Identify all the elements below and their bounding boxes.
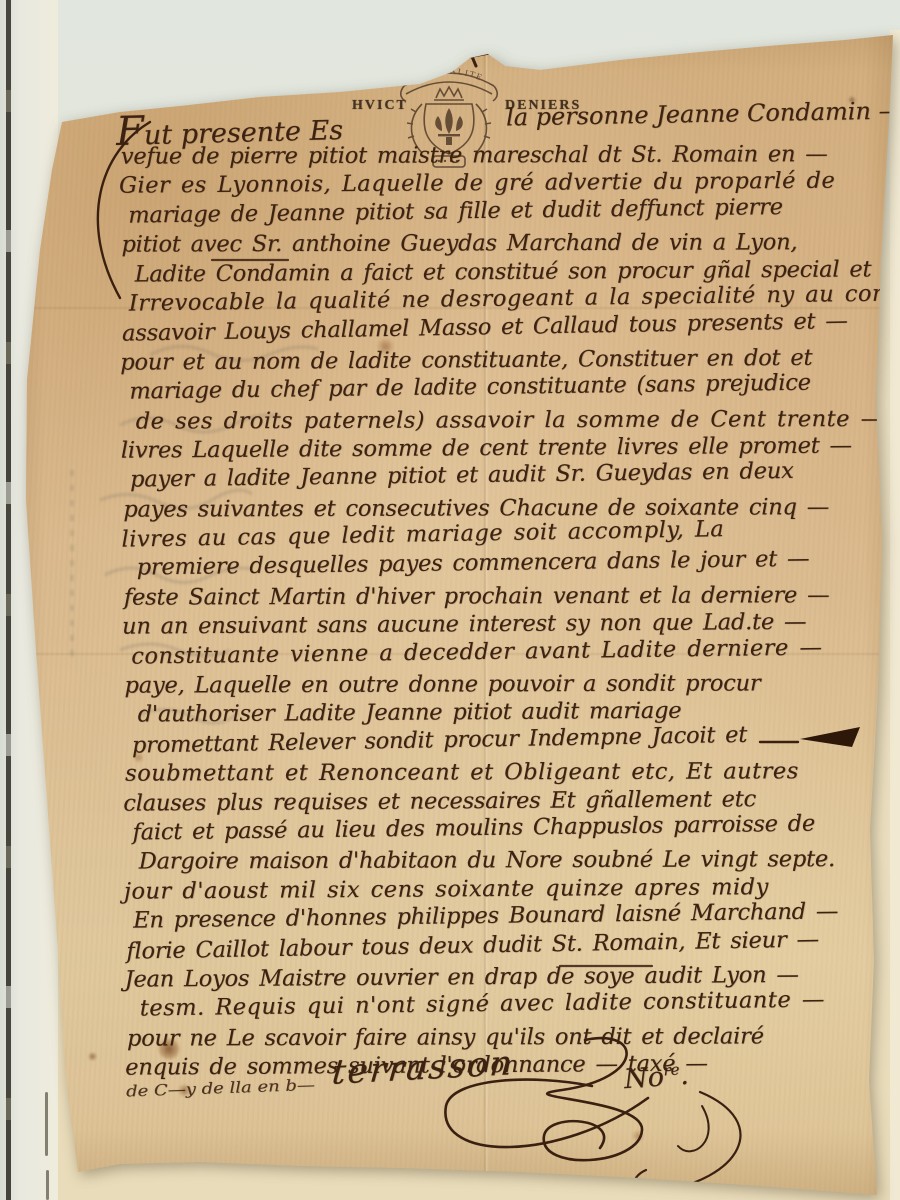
ink-wedge-filler — [800, 727, 860, 747]
cross-mark — [452, 47, 500, 66]
signature-underline-sweep — [445, 1080, 648, 1147]
signature-knot-flourish — [544, 1038, 642, 1160]
signature-tail-stroke — [634, 1092, 740, 1193]
sheet-shadow-wrapper: HVICT DENIERS — [0, 0, 900, 1200]
pen-flourishes — [0, 0, 900, 1200]
manuscript-sheet: HVICT DENIERS — [0, 0, 900, 1200]
strikethrough-marks — [212, 260, 652, 966]
notary-paraph — [678, 1106, 709, 1151]
foxing-stain — [540, 1182, 550, 1192]
archival-photo-of-manuscript: HVICT DENIERS — [0, 0, 900, 1200]
opening-swash — [98, 122, 150, 298]
